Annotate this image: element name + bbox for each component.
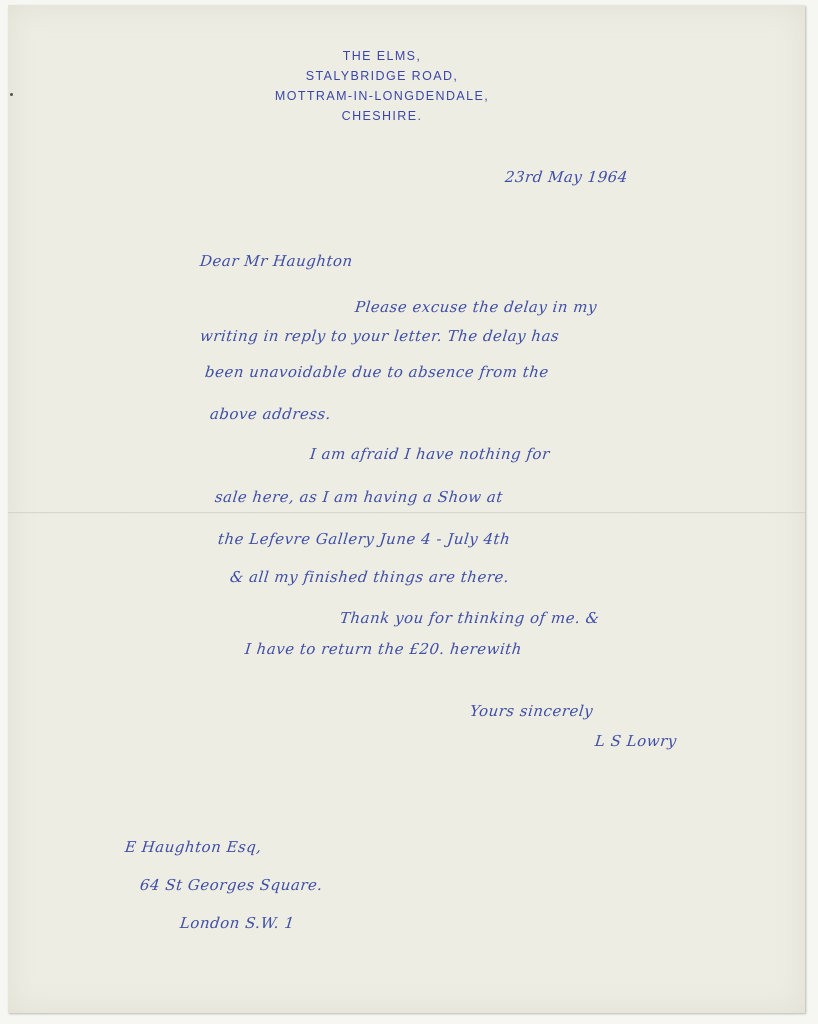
body-line-10: I have to return the £20. herewith bbox=[244, 640, 523, 658]
letterhead-line-3: MOTTRAM-IN-LONGDENDALE, bbox=[272, 86, 492, 106]
letter-date: 23rd May 1964 bbox=[504, 168, 629, 186]
addressee-line-2: 64 St Georges Square. bbox=[139, 876, 324, 894]
letterhead: THE ELMS, STALYBRIDGE ROAD, MOTTRAM-IN-L… bbox=[272, 46, 492, 126]
body-line-2: writing in reply to your letter. The del… bbox=[199, 327, 560, 345]
signature: L S Lowry bbox=[594, 732, 678, 750]
body-line-8: & all my finished things are there. bbox=[229, 568, 510, 586]
letterhead-line-1: THE ELMS, bbox=[272, 46, 492, 66]
paper-fold-crease bbox=[8, 511, 805, 514]
body-line-3: been unavoidable due to absence from the bbox=[204, 363, 550, 381]
letterhead-line-2: STALYBRIDGE ROAD, bbox=[272, 66, 492, 86]
body-line-9: Thank you for thinking of me. & bbox=[339, 609, 600, 627]
addressee-line-3: London S.W. 1 bbox=[179, 914, 296, 932]
salutation: Dear Mr Haughton bbox=[199, 252, 354, 270]
closing: Yours sincerely bbox=[469, 702, 594, 720]
addressee-line-1: E Haughton Esq, bbox=[124, 838, 263, 856]
body-line-5: I am afraid I have nothing for bbox=[309, 445, 551, 463]
paper-speck bbox=[10, 93, 13, 96]
letter-paper bbox=[8, 5, 805, 1013]
body-line-6: sale here, as I am having a Show at bbox=[214, 488, 504, 506]
body-line-4: above address. bbox=[209, 405, 332, 423]
body-line-7: the Lefevre Gallery June 4 - July 4th bbox=[217, 530, 511, 548]
letterhead-line-4: CHESHIRE. bbox=[272, 106, 492, 126]
body-line-1: Please excuse the delay in my bbox=[354, 298, 598, 316]
